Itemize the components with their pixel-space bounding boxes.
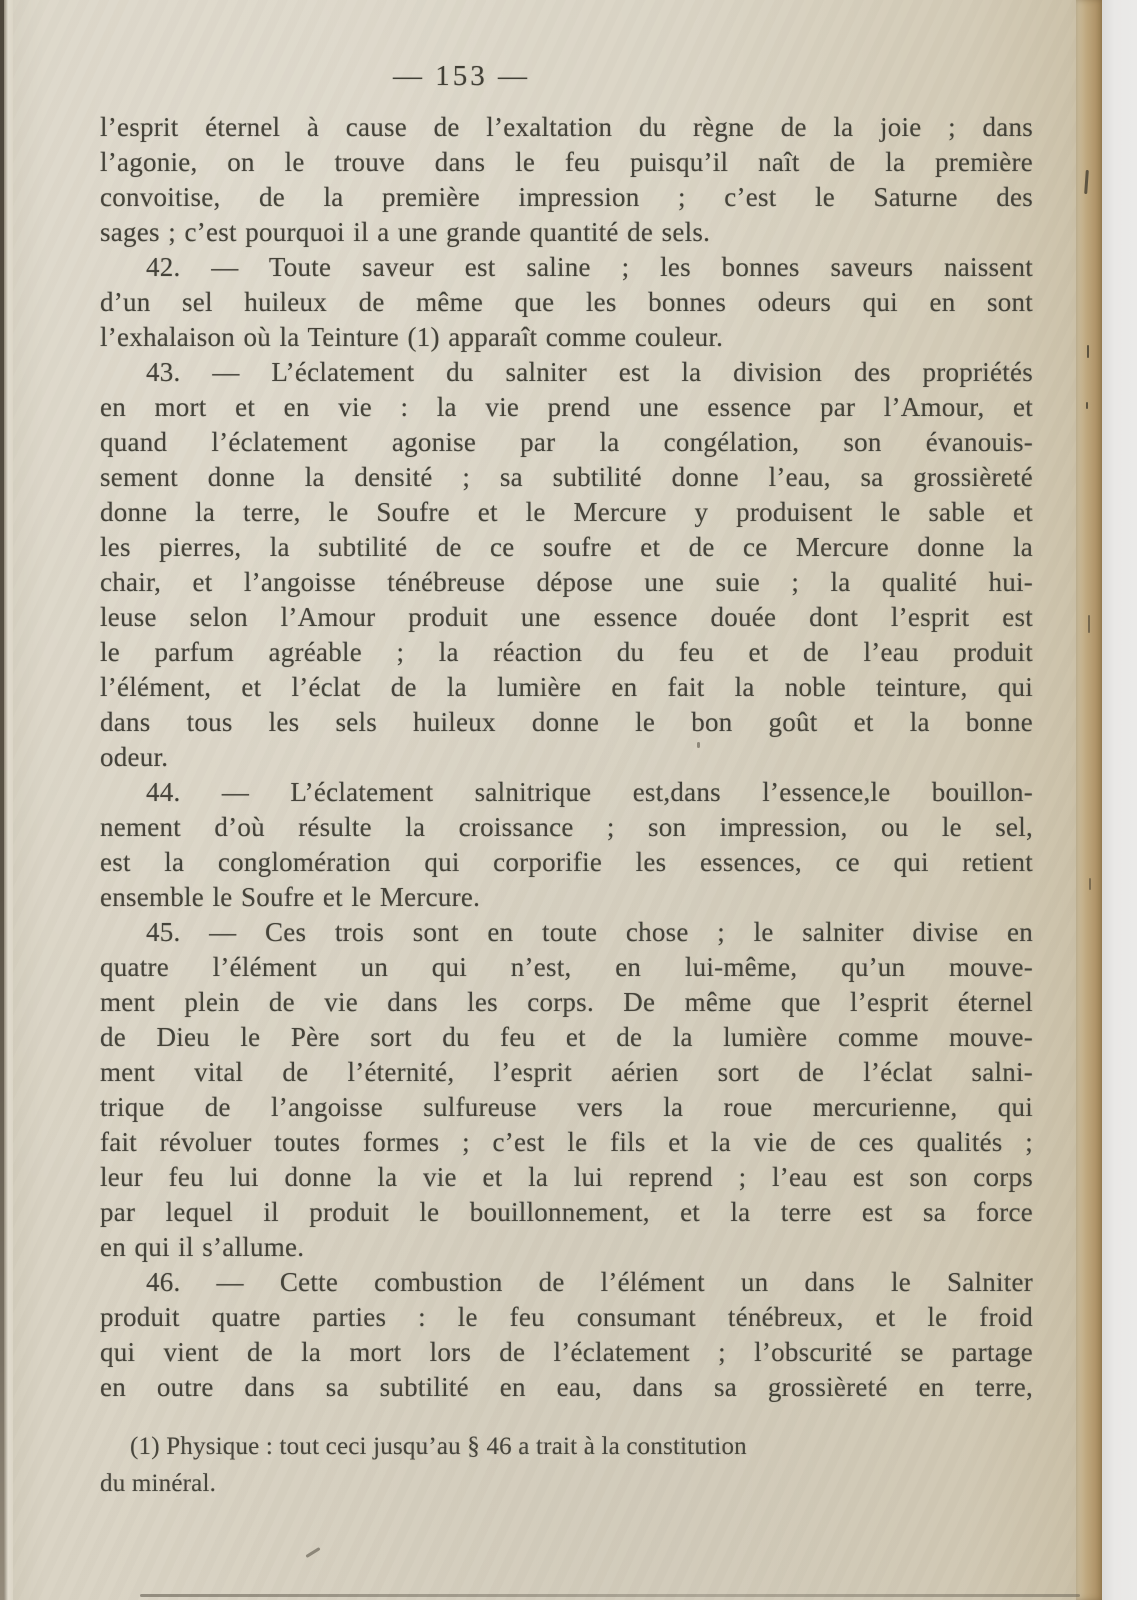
text-line: leur feu lui donne la vie et la lui repr… [100, 1160, 1033, 1195]
text-line: fait révoluer toutes formes ; c’est le f… [100, 1125, 1033, 1160]
edge-mark [1086, 402, 1088, 409]
footnote: (1) Physique : tout ceci jusqu’au § 46 a… [100, 1428, 1033, 1502]
text-line: ment plein de vie dans les corps. De mêm… [100, 985, 1033, 1020]
text-line: le parfum agréable ; la réaction du feu … [100, 635, 1033, 670]
text-line: d’un sel huileux de même que les bonnes … [100, 285, 1033, 320]
text-line: de Dieu le Père sort du feu et de la lum… [100, 1020, 1033, 1055]
text-line: par lequel il produit le bouillonnement,… [100, 1195, 1033, 1230]
text-line: leuse selon l’Amour produit une essence … [100, 600, 1033, 635]
page-number: — 153 — [0, 60, 928, 93]
binding-gutter-highlight [4, 0, 13, 1600]
text-line: 42. — Toute saveur est saline ; les bonn… [100, 250, 1033, 285]
text-line: en mort et en vie : la vie prend une ess… [100, 390, 1033, 425]
edge-mark [1089, 878, 1091, 890]
text-line: dans tous les sels huileux donne le bon … [100, 705, 1033, 740]
text-line: sement donne la densité ; sa subtilité d… [100, 460, 1033, 495]
text-line: est la conglomération qui corporifie les… [100, 845, 1033, 880]
text-line: l’esprit éternel à cause de l’exaltation… [100, 110, 1033, 145]
text-line: trique de l’angoisse sulfureuse vers la … [100, 1090, 1033, 1125]
footnote-line: (1) Physique : tout ceci jusqu’au § 46 a… [100, 1428, 1033, 1465]
edge-mark [1087, 345, 1089, 358]
text-line: qui vient de la mort lors de l’éclatemen… [100, 1335, 1033, 1370]
text-line: en outre dans sa subtilité en eau, dans … [100, 1370, 1033, 1405]
text-line: l’exhalaison où la Teinture (1) apparaît… [100, 320, 1033, 355]
book-fore-edge [1076, 0, 1102, 1600]
text-line: 46. — Cette combustion de l’élément un d… [100, 1265, 1033, 1300]
text-line: chair, et l’angoisse ténébreuse dépose u… [100, 565, 1033, 600]
text-line: convoitise, de la première impression ; … [100, 180, 1033, 215]
text-line: ment vital de l’éternité, l’esprit aérie… [100, 1055, 1033, 1090]
text-line: les pierres, la subtilité de ce soufre e… [100, 530, 1033, 565]
text-line: produit quatre parties : le feu consuman… [100, 1300, 1033, 1335]
text-line: 43. — L’éclatement du salniter est la di… [100, 355, 1033, 390]
text-line: l’agonie, on le trouve dans le feu puisq… [100, 145, 1033, 180]
edge-mark [1088, 615, 1090, 633]
body-text: l’esprit éternel à cause de l’exaltation… [100, 110, 1033, 1405]
text-line: l’élément, et l’éclat de la lumière en f… [100, 670, 1033, 705]
text-line: quatre l’élément un qui n’est, en lui-mê… [100, 950, 1033, 985]
text-line: ensemble le Soufre et le Mercure. [100, 880, 1033, 915]
book-scan: — 153 — l’esprit éternel à cause de l’ex… [0, 0, 1137, 1600]
text-line: donne la terre, le Soufre et le Mercure … [100, 495, 1033, 530]
text-line: 44. — L’éclatement salnitrique est,dans … [100, 775, 1033, 810]
text-line: 45. — Ces trois sont en toute chose ; le… [100, 915, 1033, 950]
scanner-background [1102, 0, 1137, 1600]
text-line: odeur. [100, 740, 1033, 775]
text-line: sages ; c’est pourquoi il a une grande q… [100, 215, 1033, 250]
text-line: en qui il s’allume. [100, 1230, 1033, 1265]
text-line: nement d’où résulte la croissance ; son … [100, 810, 1033, 845]
footnote-line: du minéral. [100, 1465, 1033, 1502]
text-line: quand l’éclatement agonise par la congél… [100, 425, 1033, 460]
bottom-scan-line [140, 1594, 1080, 1597]
ink-speck [697, 742, 700, 748]
